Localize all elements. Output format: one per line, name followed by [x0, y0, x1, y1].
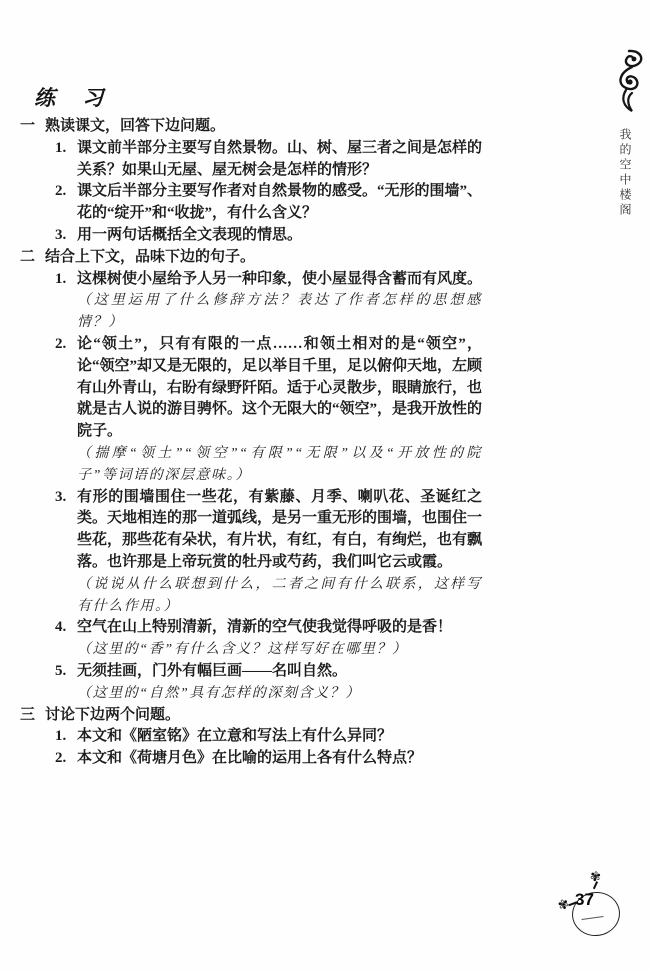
- page-number-badge: ✾ ✾ 37: [558, 868, 642, 944]
- item-text: 论“领土”，只有有限的一点……和领土相对的是“领空”，论“领空”却又是无限的，足…: [77, 334, 482, 443]
- item-number: 1.: [55, 269, 77, 334]
- item-number: 1.: [55, 726, 77, 748]
- textbook-page: 练 习 一 熟读课文，回答下边问题。 1. 课文前半部分主要写自然景物。山、树、…: [0, 0, 650, 972]
- item-number: 2.: [55, 748, 77, 770]
- flower-sprig-icon: ✾: [556, 897, 571, 913]
- exercise-item: 2. 论“领土”，只有有限的一点……和领土相对的是“领空”，论“领空”却又是无限…: [55, 334, 482, 487]
- item-text: 有形的围墙围住一些花，有紫藤、月季、喇叭花、圣诞红之类。天地相连的那一道弧线，是…: [77, 487, 482, 574]
- item-text: 本文和《陋室铭》在立意和写法上有什么异同？: [77, 726, 482, 748]
- section-3: 三 讨论下边两个问题。 1. 本文和《陋室铭》在立意和写法上有什么异同？ 2. …: [20, 705, 482, 770]
- page-title: 练 习: [34, 82, 114, 112]
- section-marker: 一: [20, 116, 45, 138]
- section-3-head: 三 讨论下边两个问题。: [20, 705, 482, 727]
- section-heading: 结合上下文，品味下边的句子。: [45, 247, 482, 269]
- item-text: 本文和《荷塘月色》在比喻的运用上各有什么特点？: [77, 748, 482, 770]
- item-text: 这棵树使小屋给予人另一种印象，使小屋显得含蓄而有风度。: [77, 269, 482, 291]
- item-hint: （这里运用了什么修辞方法？表达了作者怎样的思想感情？）: [77, 290, 482, 334]
- item-text: 用一两句话概括全文表现的情思。: [77, 225, 482, 247]
- item-text: 无须挂画，门外有幅巨画——名叫自然。: [77, 661, 482, 683]
- item-text: 空气在山上特别清新，清新的空气使我觉得呼吸的是香！: [77, 617, 482, 639]
- item-hint: （说说从什么联想到什么，二者之间有什么联系，这样写有什么作用。）: [77, 574, 482, 618]
- section-marker: 三: [20, 705, 45, 727]
- item-number: 3.: [55, 487, 77, 618]
- flower-sprig-icon: ✾: [589, 869, 602, 884]
- item-number: 1.: [55, 138, 77, 182]
- section-2: 二 结合上下文，品味下边的句子。 1. 这棵树使小屋给予人另一种印象，使小屋显得…: [20, 247, 482, 705]
- section-heading: 讨论下边两个问题。: [45, 705, 482, 727]
- exercise-item: 3. 用一两句话概括全文表现的情思。: [55, 225, 482, 247]
- section-marker: 二: [20, 247, 45, 269]
- item-number: 3.: [55, 225, 77, 247]
- page-number: 37: [575, 890, 594, 910]
- exercise-item: 1. 这棵树使小屋给予人另一种印象，使小屋显得含蓄而有风度。 （这里运用了什么修…: [55, 269, 482, 334]
- item-number: 2.: [55, 181, 77, 225]
- item-hint: （揣摩“领土”“领空”“有限”“无限”以及“开放性的院子”等词语的深层意味。）: [77, 443, 482, 487]
- item-hint: （这里的“香”有什么含义？这样写好在哪里？）: [77, 639, 482, 661]
- item-hint: （这里的“自然”具有怎样的深刻含义？）: [77, 683, 482, 705]
- exercise-item: 2. 课文后半部分主要写作者对自然景物的感受。“无形的围墙”、花的“绽开”和“收…: [55, 181, 482, 225]
- corner-flourish-icon: [610, 48, 648, 114]
- section-heading: 熟读课文，回答下边问题。: [45, 116, 482, 138]
- section-1-head: 一 熟读课文，回答下边问题。: [20, 116, 482, 138]
- exercise-item: 1. 课文前半部分主要写自然景物。山、树、屋三者之间是怎样的关系？如果山无屋、屋…: [55, 138, 482, 182]
- exercise-item: 3. 有形的围墙围住一些花，有紫藤、月季、喇叭花、圣诞红之类。天地相连的那一道弧…: [55, 487, 482, 618]
- section-1: 一 熟读课文，回答下边问题。 1. 课文前半部分主要写自然景物。山、树、屋三者之…: [20, 116, 482, 247]
- exercise-item: 1. 本文和《陋室铭》在立意和写法上有什么异同？: [55, 726, 482, 748]
- item-number: 5.: [55, 661, 77, 705]
- section-2-head: 二 结合上下文，品味下边的句子。: [20, 247, 482, 269]
- item-number: 2.: [55, 334, 77, 487]
- exercise-item: 5. 无须挂画，门外有幅巨画——名叫自然。 （这里的“自然”具有怎样的深刻含义？…: [55, 661, 482, 705]
- exercise-item: 2. 本文和《荷塘月色》在比喻的运用上各有什么特点？: [55, 748, 482, 770]
- exercise-item: 4. 空气在山上特别清新，清新的空气使我觉得呼吸的是香！ （这里的“香”有什么含…: [55, 617, 482, 661]
- item-text: 课文后半部分主要写作者对自然景物的感受。“无形的围墙”、花的“绽开”和“收拢”，…: [77, 181, 482, 225]
- item-number: 4.: [55, 617, 77, 661]
- item-text: 课文前半部分主要写自然景物。山、树、屋三者之间是怎样的关系？如果山无屋、屋无树会…: [77, 138, 482, 182]
- exercise-content: 一 熟读课文，回答下边问题。 1. 课文前半部分主要写自然景物。山、树、屋三者之…: [20, 116, 482, 770]
- chapter-side-label: 我的空中楼阁: [617, 128, 634, 218]
